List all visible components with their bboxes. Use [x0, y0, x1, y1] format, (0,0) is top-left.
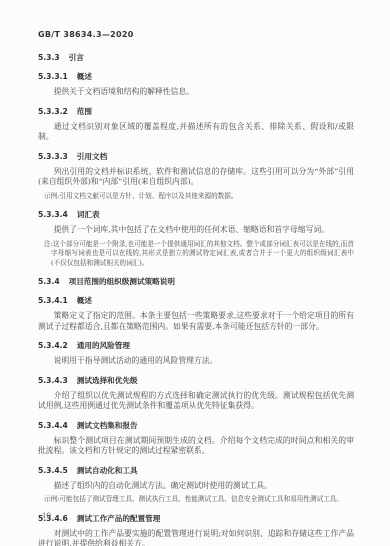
- section-number: 5.3.3.2: [38, 107, 68, 116]
- section-heading: 5.3.4.5测试自动化和工具: [38, 466, 354, 476]
- section-number: 5.3.3.4: [38, 210, 68, 219]
- section-number: 5.3.4.1: [38, 296, 68, 305]
- paragraph: 提供关于文档语境和结构的解释性信息。: [38, 87, 354, 98]
- document-page: GB/T 38634.3—2020 5.3.3引言5.3.3.1概述提供关于文档…: [0, 0, 390, 546]
- example-text: 示例:引用文档文献可以是方针、计划、程序以及其他来源的数据。: [44, 192, 354, 202]
- section-heading: 5.3.4.6测试工作产品的配置管理: [38, 514, 354, 524]
- section-heading: 5.3.3.4词汇表: [38, 210, 354, 220]
- section-heading: 5.3.4.1概述: [38, 296, 354, 306]
- section-title: 概述: [77, 296, 92, 305]
- section-title: 测试选择和优先级: [77, 376, 138, 385]
- paragraph: 描述了组织内的自动化测试方法。确定测试时使用的测试工具。: [38, 481, 354, 492]
- section-title: 通用的风险管理: [77, 341, 130, 350]
- section-heading: 5.3.4项目范围的组织级测试策略说明: [38, 277, 354, 287]
- section-heading: 5.3.4.3测试选择和优先级: [38, 376, 354, 386]
- section-number: 5.3.4: [38, 277, 60, 286]
- section-heading: 5.3.3.1概述: [38, 72, 354, 82]
- section-title: 引言: [69, 53, 84, 62]
- section-title: 引用文档: [77, 152, 107, 161]
- section-number: 5.3.4.5: [38, 466, 68, 475]
- paragraph: 列出引用的文档并标识系统、软件和测试信息的存储库。这些引用可以分为“外部”引用(…: [38, 167, 354, 188]
- paragraph: 提供了一个词库,其中包括了在文档中使用的任何术语、缩略语和首字母缩写词。: [38, 225, 354, 236]
- example-text: 示例:可能包括了测试管理工具、测试执行工具、性能测试工具、信息安全测试工具和易用…: [44, 495, 354, 505]
- section-title: 测试自动化和工具: [77, 466, 138, 475]
- paragraph: 通过文档识别对象区域的覆盖程度,并描述所有的包含关系、排除关系、假设和/或限制。: [38, 122, 354, 143]
- document-body: 5.3.3引言5.3.3.1概述提供关于文档语境和结构的解释性信息。5.3.3.…: [38, 53, 354, 546]
- paragraph: 标识整个测试项目在测试期间预期生成的文档。介绍每个文档完成的时间点和相关的审批流…: [38, 436, 354, 457]
- standard-number-header: GB/T 38634.3—2020: [38, 30, 354, 39]
- section-number: 5.3.3.3: [38, 152, 68, 161]
- paragraph: 对测试中的工作产品要实施的配置管理进行说明;对如何识别、追踪和存储这些工作产品进…: [38, 529, 354, 546]
- section-heading: 5.3.3.2范围: [38, 107, 354, 117]
- section-heading: 5.3.4.2通用的风险管理: [38, 341, 354, 351]
- section-number: 5.3.4.4: [38, 421, 68, 430]
- section-title: 测试工作产品的配置管理: [77, 514, 161, 523]
- section-number: 5.3.4.2: [38, 341, 68, 350]
- paragraph: 介绍了组织以优先测试规程的方式选择和确定测试执行的优先级。测试规程包括优先测试用…: [38, 391, 354, 412]
- note-text: 注:这个部分可能是一个附录,也可能是一个提供通用词汇的其他文档。整个或部分词汇表…: [44, 240, 354, 269]
- section-title: 测试文档集和报告: [77, 421, 138, 430]
- section-title: 概述: [77, 72, 92, 81]
- section-heading: 5.3.4.4测试文档集和报告: [38, 421, 354, 431]
- section-heading: 5.3.3.3引用文档: [38, 152, 354, 162]
- section-heading: 5.3.3引言: [38, 53, 354, 63]
- section-number: 5.3.3: [38, 53, 60, 62]
- section-title: 项目范围的组织级测试策略说明: [69, 277, 175, 286]
- section-title: 范围: [77, 107, 92, 116]
- page-number: 10: [42, 512, 51, 520]
- section-number: 5.3.4.3: [38, 376, 68, 385]
- section-title: 词汇表: [77, 210, 100, 219]
- paragraph: 策略定义了指定的范围。本条主要包括一些策略要求,这些要求对于一个给定项目的所有测…: [38, 311, 354, 332]
- section-number: 5.3.3.1: [38, 72, 68, 81]
- paragraph: 说明用于指导测试活动的通用的风险管理方法。: [38, 356, 354, 367]
